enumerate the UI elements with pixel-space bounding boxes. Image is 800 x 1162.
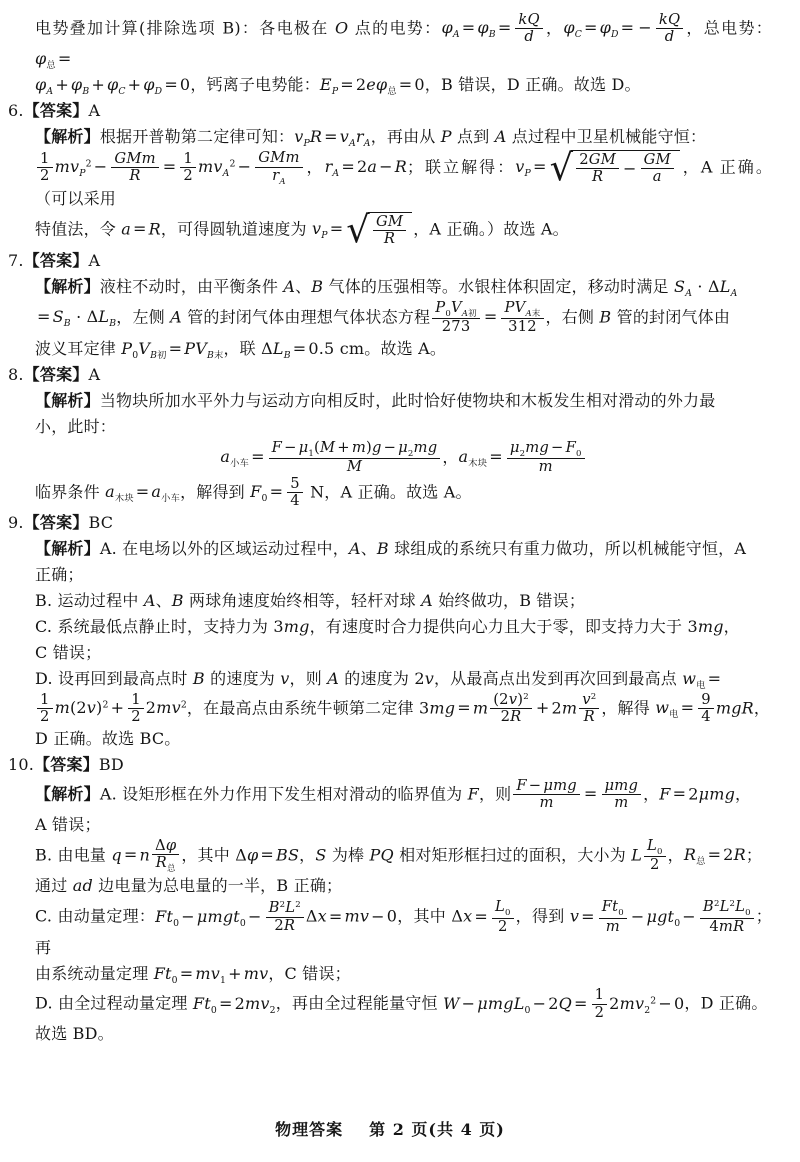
q8-answer: 8.【答案】A — [8, 362, 772, 388]
q10-analysis-c-line-2: 由系统动量定理 Ft0=mv1+mv，C 错误； — [8, 961, 772, 987]
q5-continuation-line-2: φA+φB+φC+φD=0，钙离子电势能：EP=2eφ总=0，B 错误，D 正确… — [8, 72, 772, 98]
q7-analysis-line-2: =SB · ΔLB，左侧 A 管的封闭气体由理想气体状态方程P0VA初273=P… — [8, 300, 772, 336]
q9-analysis-d-line-2: 12m(2v)2+122mv2，在最高点由系统牛顿第二定律 3mg=m(2v)2… — [8, 692, 772, 726]
q10-answer: 10.【答案】BD — [8, 752, 772, 778]
q10-analysis-c-line-1: C. 由动量定理：Ft0−μmgt0−B2L22RΔx=mv−0，其中 Δx=L… — [8, 899, 772, 961]
q10-analysis-d-line-2: 故选 BD。 — [8, 1021, 772, 1047]
q6-analysis-line-2: 12mvP2−GMmR=12mvA2−GMmrA，rA=2a−R；联立解得：vP… — [8, 150, 772, 212]
q9-analysis-d-line-3: D 正确。故选 BC。 — [8, 726, 772, 752]
q9-analysis-c-line-2: C 错误； — [8, 640, 772, 666]
q9-analysis-a-line-1: 【解析】A. 在电场以外的区域运动过程中，A、B 球组成的系统只有重力做功，所以… — [8, 536, 772, 562]
q9-analysis-b: B. 运动过程中 A、B 两球角速度始终相等，轻杆对球 A 始终做功，B 错误； — [8, 588, 772, 614]
q8-analysis-line-1: 【解析】当物块所加水平外力与运动方向相反时，此时恰好使物块和木板发生相对滑动的外… — [8, 388, 772, 414]
q9-analysis-a-line-2: 正确； — [8, 562, 772, 588]
footer-page-number: 第 2 页(共 4 页) — [369, 1120, 505, 1139]
q7-analysis-line-1: 【解析】液柱不动时，由平衡条件 A、B 气体的压强相等。水银柱体积固定，移动时满… — [8, 274, 772, 300]
q5-continuation-line-1: 电势叠加计算(排除选项 B)：各电极在 O 点的电势：φA=φB=kQd，φC=… — [8, 12, 772, 72]
q10-analysis-a-line-2: A 错误； — [8, 812, 772, 838]
q6-analysis-line-1: 【解析】根据开普勒第二定律可知：vPR=vArA，再由从 P 点到 A 点过程中… — [8, 124, 772, 150]
q10-analysis-b-line-2: 通过 ad 边电量为总电量的一半，B 正确； — [8, 873, 772, 899]
q6-answer: 6.【答案】A — [8, 98, 772, 124]
q9-analysis-c-line-1: C. 系统最低点静止时，支持力为 3mg，有速度时合力提供向心力且大于零，即支持… — [8, 614, 772, 640]
q8-analysis-line-3: 临界条件 a木块=a小车，解得到 F0=54 N，A 正确。故选 A。 — [8, 476, 772, 510]
q10-analysis-a-line-1: 【解析】A. 设矩形框在外力作用下发生相对滑动的临界值为 F，则F−μmgm=μ… — [8, 778, 772, 812]
q9-answer: 9.【答案】BC — [8, 510, 772, 536]
footer-doc-title: 物理答案 — [275, 1120, 343, 1139]
q6-analysis-line-3: 特值法，令 a=R，可得圆轨道速度为 vP=√GMR，A 正确。）故选 A。 — [8, 212, 772, 248]
q10-analysis-d-line-1: D. 由全过程动量定理 Ft0=2mv2，再由全过程能量守恒 W−μmgL0−2… — [8, 987, 772, 1021]
q7-analysis-line-3: 波义耳定律 P0VB初=PVB末，联 ΔLB=0.5 cm。故选 A。 — [8, 336, 772, 362]
q10-analysis-b-line-1: B. 由电量 q=nΔφR总，其中 Δφ=BS，S 为棒 PQ 相对矩形框扫过的… — [8, 838, 772, 874]
document-body: 电势叠加计算(排除选项 B)：各电极在 O 点的电势：φA=φB=kQd，φC=… — [8, 12, 772, 1111]
answer-sheet-page: 电势叠加计算(排除选项 B)：各电极在 O 点的电势：φA=φB=kQd，φC=… — [0, 0, 800, 1162]
q8-analysis-line-2: 小，此时： — [8, 414, 772, 440]
page-footer: 物理答案第 2 页(共 4 页) — [8, 1111, 772, 1142]
q7-answer: 7.【答案】A — [8, 248, 772, 274]
q9-analysis-d-line-1: D. 设再回到最高点时 B 的速度为 v，则 A 的速度为 2v，从最高点出发到… — [8, 666, 772, 692]
q8-formula: a小车=F−μ1(M+m)g−μ2mgM，a木块=μ2mg−F0m — [8, 440, 772, 476]
